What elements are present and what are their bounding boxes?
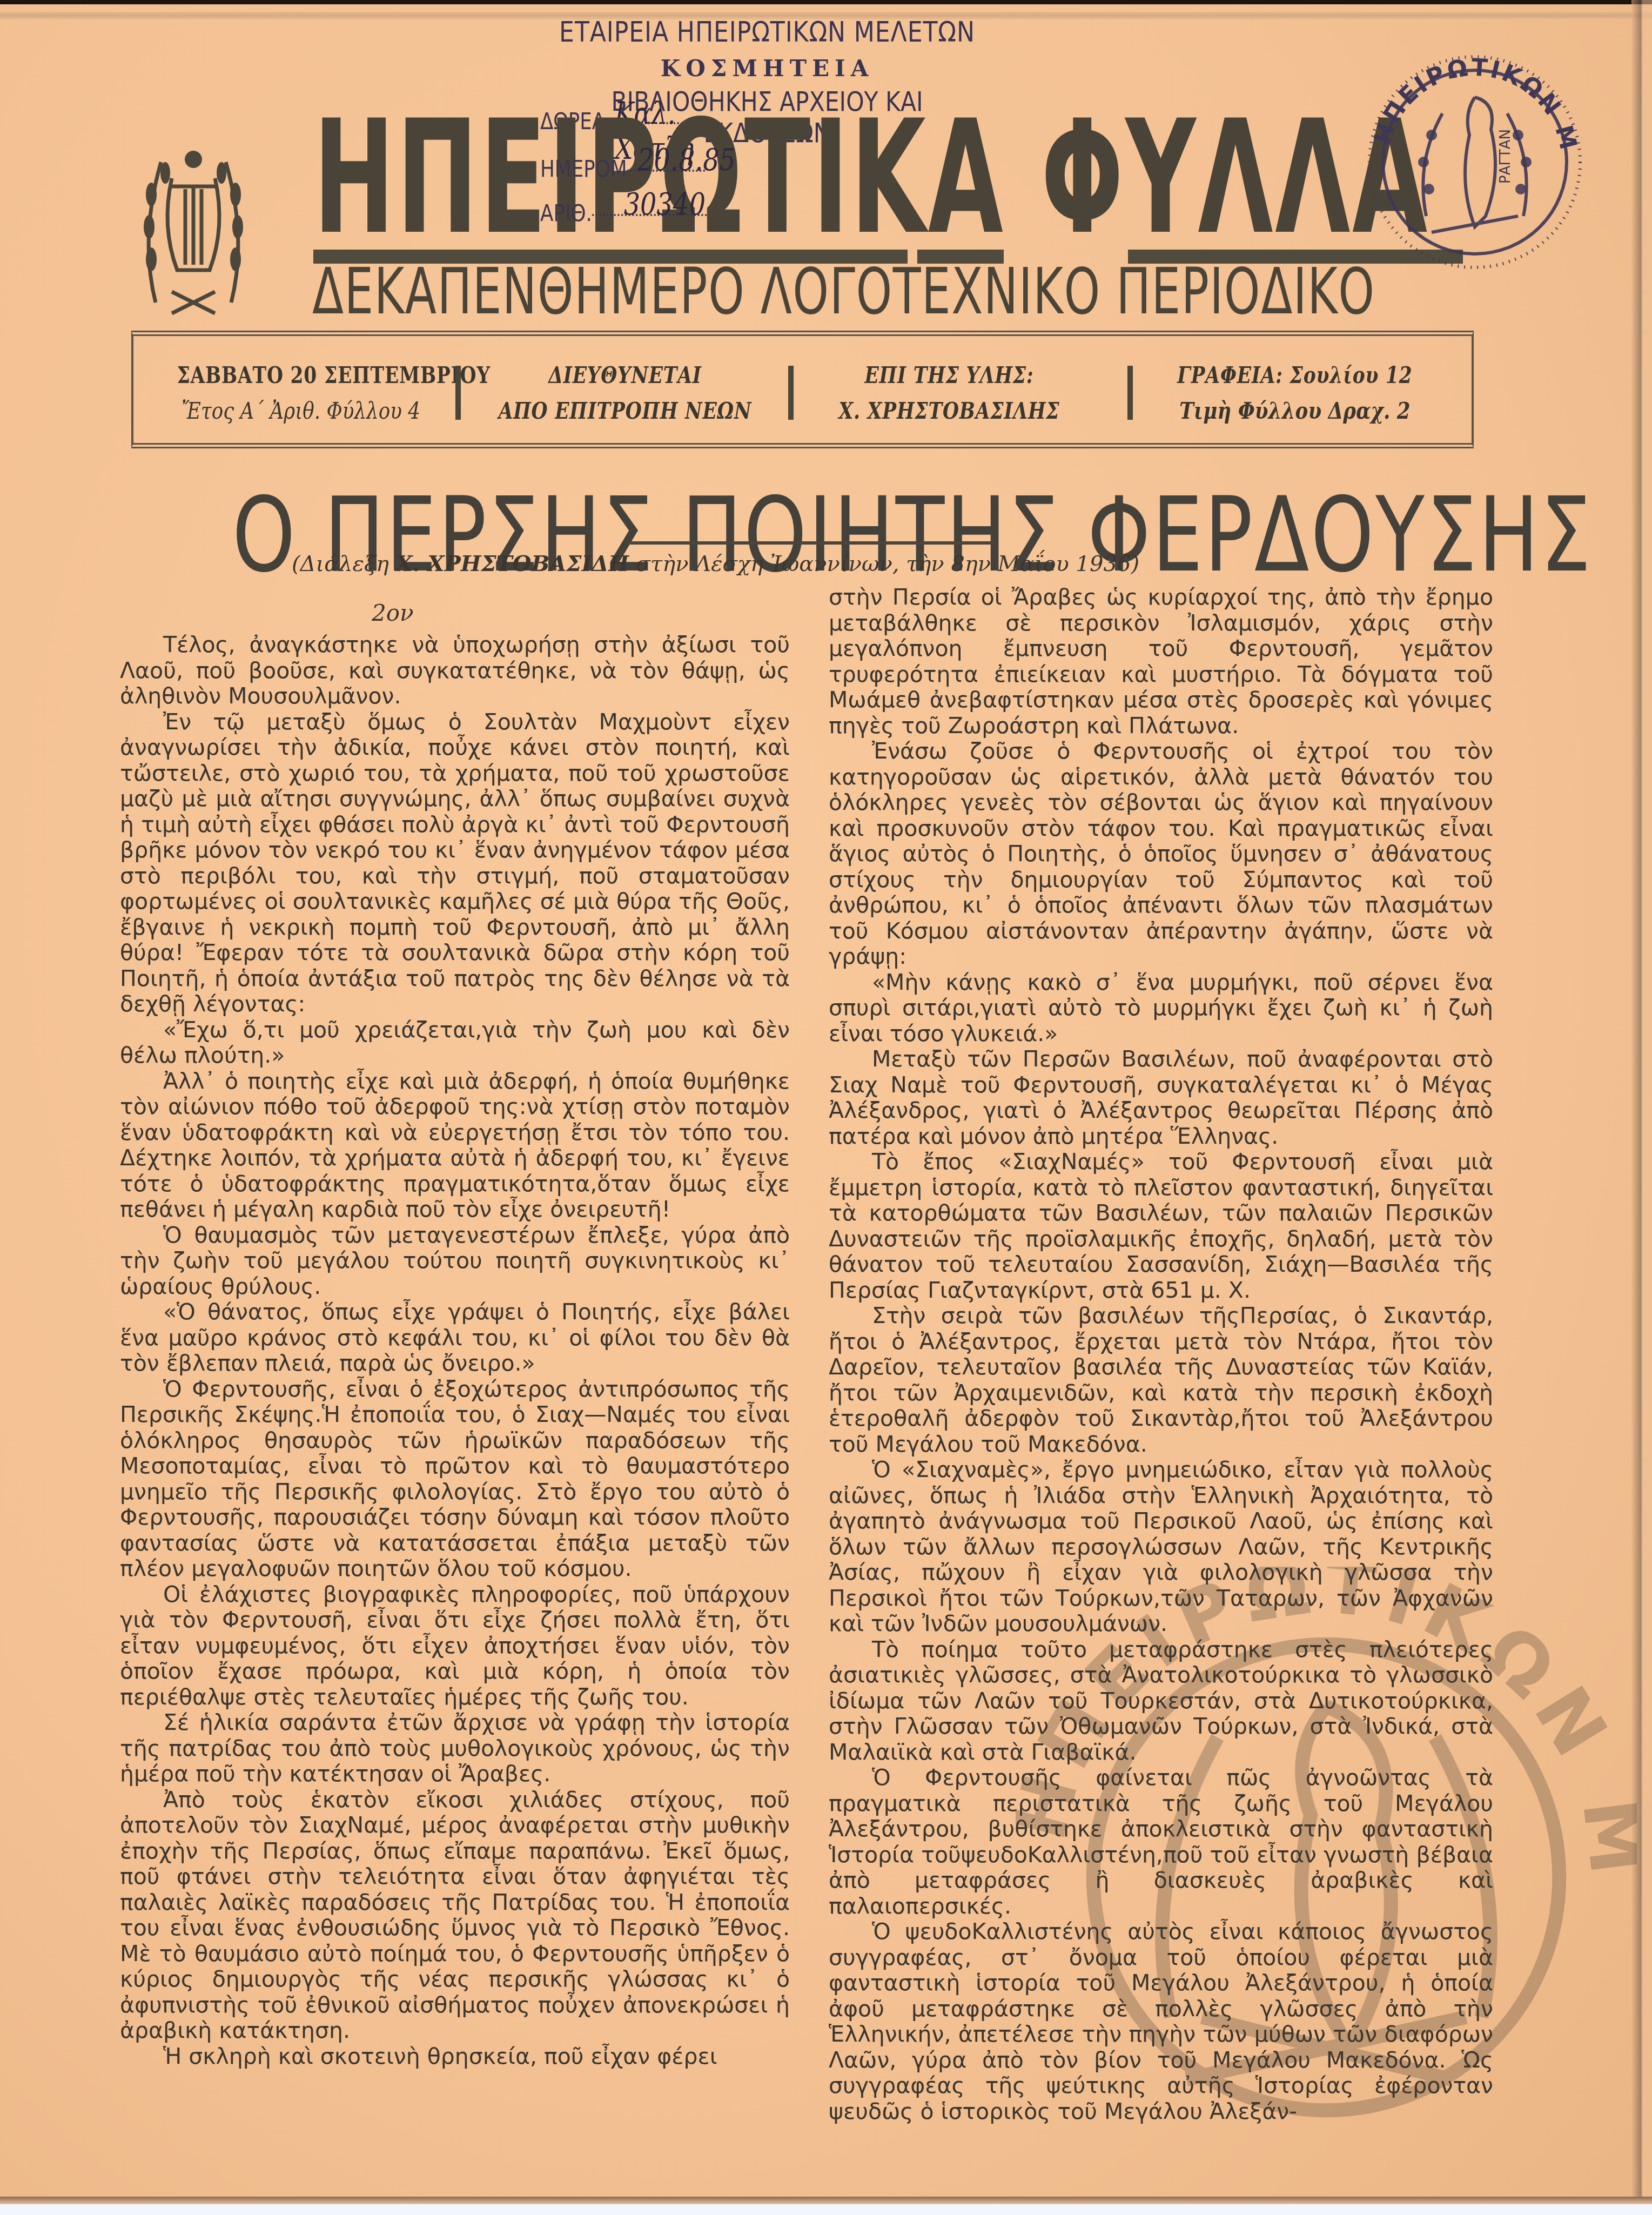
article-paragraph: Τὸ ποίημα τοῦτο μεταφράστηκε στὲς πλειότ… (829, 1637, 1493, 1766)
article-paragraph: Ὁ «Σιαχναμὲς», ἔργο μνημειώδικο, εἶταν γ… (829, 1457, 1493, 1637)
article-paragraph: Οἱ ἐλάχιστες βιογραφικὲς πληροφορίες, πο… (120, 1582, 790, 1710)
paper-right-edge (1631, 0, 1652, 2204)
management-cell: ΔΙΕΥΘΥΝΕΤΑΙ ΑΠΟ ΕΠΙΤΡΟΠΗ ΝΕΩΝ (466, 358, 784, 429)
article-paragraph: στὴν Περσία οἱ Ἄραβες ὡς κυρίαρχοί της, … (829, 585, 1493, 739)
article-paragraph: «Ἔχω ὅ,τι μοῦ χρειάζεται,γιὰ τὴν ζωὴ μου… (120, 1017, 790, 1069)
info-divider (455, 366, 461, 420)
office-price-cell: ΓΡΑΦΕΙΑ: Σουλίου 12 Τιμὴ Φύλλου Δραχ. 2 (1138, 358, 1452, 429)
article-paragraph: Ὁ ψευδοΚαλλιστένης αὐτὸς εἶναι κάποιος ἄ… (829, 1919, 1493, 2124)
title-underline (627, 541, 994, 545)
article-paragraph: Ὁ Φερντουσῆς, εἶναι ὁ ἐξοχώτερος ἀντιπρό… (120, 1377, 790, 1582)
article-column-left: Τέλος, ἀναγκάστηκε νὰ ὑποχωρήσῃ στὴν ἀξί… (120, 632, 790, 2069)
article-paragraph: Ἀπὸ τοὺς ἑκατὸν εἴκοσι χιλιάδες στίχους,… (120, 1787, 790, 2044)
article-paragraph: Ἡ σκληρὴ καὶ σκοτεινὴ θρησκεία, ποῦ εἶχα… (120, 2044, 790, 2070)
library-stamp-deanery: ΚΟΣΜΗΤΕΙΑ (519, 55, 1016, 82)
article-paragraph: Ἐνάσω ζοῦσε ὁ Φερντουσῆς οἱ ἐχτροί του τ… (829, 739, 1493, 970)
seal-ring-text: ΗΠΕΙΡΩΤΙΚΩΝ ΜΕΛΕΤΩΝ (1367, 54, 1583, 155)
article-paragraph: Ἐν τῷ μεταξὺ ὅμως ὁ Σουλτὰν Μαχμοὺντ εἶχ… (120, 709, 790, 1017)
article-paragraph: Σέ ἡλικία σαράντα ἐτῶν ἄρχισε νὰ γράφῃ τ… (120, 1710, 790, 1787)
accession-number-value: 30340 (624, 187, 706, 222)
article-column-right: στὴν Περσία οἱ Ἄραβες ὡς κυρίαρχοί της, … (829, 585, 1493, 2124)
office-address: ΓΡΑΦΕΙΑ: Σουλίου 12 (1166, 358, 1423, 393)
article-paragraph: «Ὁ θάνατος, ὅπως εἶχε γράψει ὁ Ποιητής, … (120, 1299, 790, 1377)
issue-price: Τιμὴ Φύλλου Δραχ. 2 (1162, 393, 1428, 429)
editor-cell: ΕΠΙ ΤΗΣ ΥΛΗΣ: Χ. ΧΡΗΣΤΟΒΑΣΙΛΗΣ (798, 358, 1100, 429)
article-paragraph: Ὁ Φερντουσῆς φαίνεται πῶς ἀγνοῶντας τὰ π… (829, 1765, 1493, 1919)
byline-author: Χ. ΧΡΗΣΤΟΒΑΣΙΔΗ (396, 551, 629, 576)
info-divider (1127, 366, 1133, 420)
article-paragraph: «Μὴν κάνῃς κακὸ σ᾽ ἕνα μυρμήγκι, ποῦ σέρ… (829, 970, 1493, 1047)
newspaper-page: ΕΤΑΙΡΕΙΑ ΗΠΕΙΡΩΤΙΚΩΝ ΜΕΛΕΤΩΝ ΚΟΣΜΗΤΕΙΑ Β… (0, 0, 1652, 2204)
date-field: ΗΜΕΡΟΜ20.8.85 (540, 156, 705, 182)
library-stamp-society: ΕΤΑΙΡΕΙΑ ΗΠΕΙΡΩΤΙΚΩΝ ΜΕΛΕΤΩΝ (556, 16, 978, 49)
info-divider (788, 366, 794, 420)
editor-name: Χ. ΧΡΗΣΤΟΒΑΣΙΛΗΣ (825, 393, 1073, 429)
article-paragraph: Ἀλλ᾽ ὁ ποιητὴς εἶχε καὶ μιὰ ἀδερφή, ἡ ὁπ… (120, 1069, 790, 1223)
article-title: Ο ΠΕΡΣΗΣ ΠΟΙΗΤΗΣ ΦΕΡΔΟΥΣΗΣ (232, 475, 1593, 595)
article-paragraph: Ὁ θαυμασμὸς τῶν μεταγενεστέρων ἔπλεξε, γ… (120, 1223, 790, 1300)
masthead-subtitle: ΔΕΚΑΠΕΝΘΗΜΕΡΟ ΛΟΓΟΤΕΧΝΙΚΟ ΠΕΡΙΟΔΙΚΟ (312, 254, 1375, 328)
issue-date: ΣΑΒΒΑΤΟ 20 ΣΕΠΤΕΜΒΡΙΟΥ (177, 358, 425, 393)
date-value: 20.8.85 (637, 143, 736, 178)
article-part-number: 2ον (372, 600, 414, 626)
accession-number-field: ΑΡΙΘ.30340 (540, 200, 707, 226)
issue-date-cell: ΣΑΒΒΑΤΟ 20 ΣΕΠΤΕΜΒΡΙΟΥ Ἔτος Α΄ Ἀριθ. Φύλ… (150, 358, 452, 429)
seal-inner-text: ΡΑΓΤΑΝ (1497, 129, 1514, 184)
issue-info-box: ΣΑΒΒΑΤΟ 20 ΣΕΠΤΕΜΒΡΙΟΥ Ἔτος Α΄ Ἀριθ. Φύλ… (131, 331, 1474, 448)
heron-oak-seal-icon: ΡΑΓΤΑΝ ΗΠΕΙΡΩΤΙΚΩΝ ΜΕΛΕΤΩΝ (1367, 54, 1583, 270)
issue-number: Ἔτος Α΄ Ἀριθ. Φύλλου 4 (172, 393, 429, 429)
article-paragraph: Τὸ ἔπος «ΣιαχΝαμές» τοῦ Φερντουσῆ εἶναι … (829, 1149, 1493, 1303)
svg-text:ΗΠΕΙΡΩΤΙΚΩΝ ΜΕΛΕΤΩΝ: ΗΠΕΙΡΩΤΙΚΩΝ ΜΕΛΕΤΩΝ (1367, 54, 1583, 155)
article-paragraph: Τέλος, ἀναγκάστηκε νὰ ὑποχωρήσῃ στὴν ἀξί… (120, 632, 790, 709)
article-paragraph: Μεταξὺ τῶν Περσῶν Βασιλέων, ποῦ ἀναφέρον… (829, 1046, 1493, 1149)
paper-bottom-edge (0, 2197, 1652, 2204)
lyre-laurel-icon (139, 130, 247, 319)
scan-background (0, 2204, 1652, 2215)
article-paragraph: Στὴν σειρὰ τῶν βασιλέων τῆςΠερσίας, ὁ Σι… (829, 1303, 1493, 1457)
scan-top-border (0, 0, 1652, 4)
article-byline: (Διάλεξη Χ. ΧΡΗΣΤΟΒΑΣΙΔΗ στὴν Λέσχη Ἰωαν… (292, 551, 1139, 576)
